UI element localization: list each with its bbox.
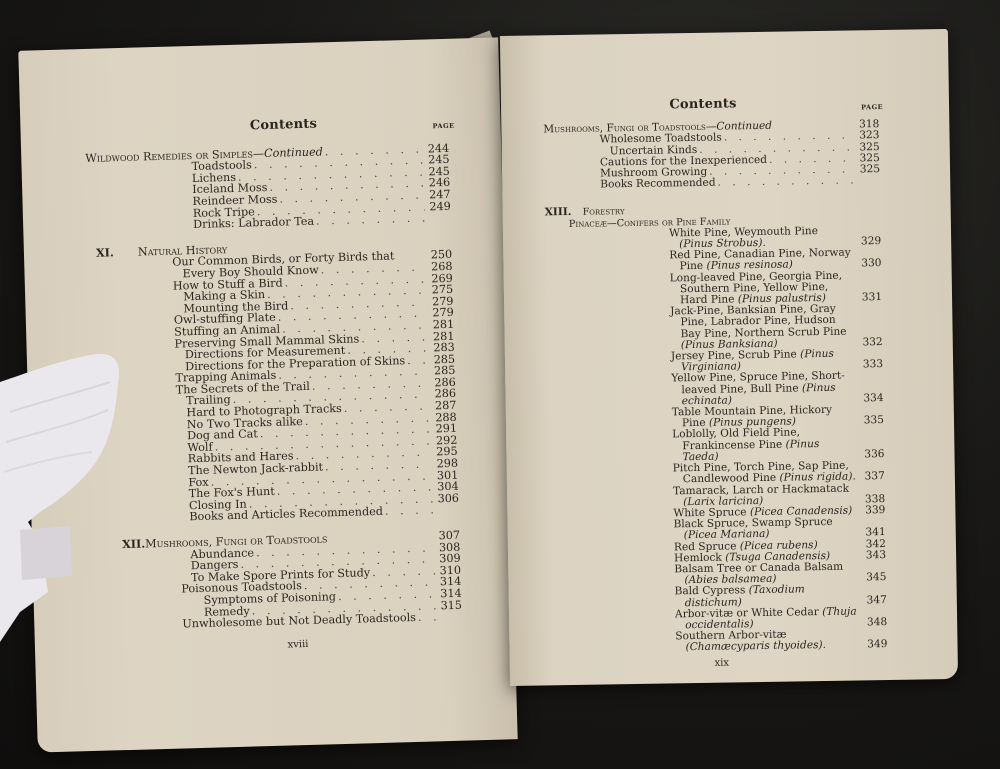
toc-entry: Yellow Pine, Spruce Pine, Short-leaved P… xyxy=(615,371,883,409)
toc-entry: Southern Arbor-vitæ (Chamæcyparis thyoid… xyxy=(619,628,887,655)
toc-entry: Jack-Pine, Banksian Pine, Gray Pine, Lab… xyxy=(614,303,883,352)
forestry-entries: White Pine, Weymouth Pine (Pinus Strobus… xyxy=(545,225,888,656)
toc-entry: Long-leaved Pine, Georgia Pine, Southern… xyxy=(614,270,882,308)
toc-entry: Loblolly, Old Field Pine, Frankincense P… xyxy=(616,427,884,465)
page-column-label: PAGE xyxy=(432,121,454,133)
page-number-folio: xviii xyxy=(133,634,463,655)
right-page-content: Contents PAGE Mushrooms, Fungi or Toadst… xyxy=(543,97,852,671)
left-page-content: Contents PAGE Wildwood Remedies or Simpl… xyxy=(118,115,463,655)
page-title: Contents PAGE xyxy=(118,115,448,136)
page-column-label: PAGE xyxy=(861,102,883,114)
page-number-folio: xix xyxy=(592,655,852,670)
right-page: Contents PAGE Mushrooms, Fungi or Toadst… xyxy=(500,29,958,686)
page-title: Contents PAGE xyxy=(563,97,843,113)
white-glove-hand xyxy=(0,352,122,642)
